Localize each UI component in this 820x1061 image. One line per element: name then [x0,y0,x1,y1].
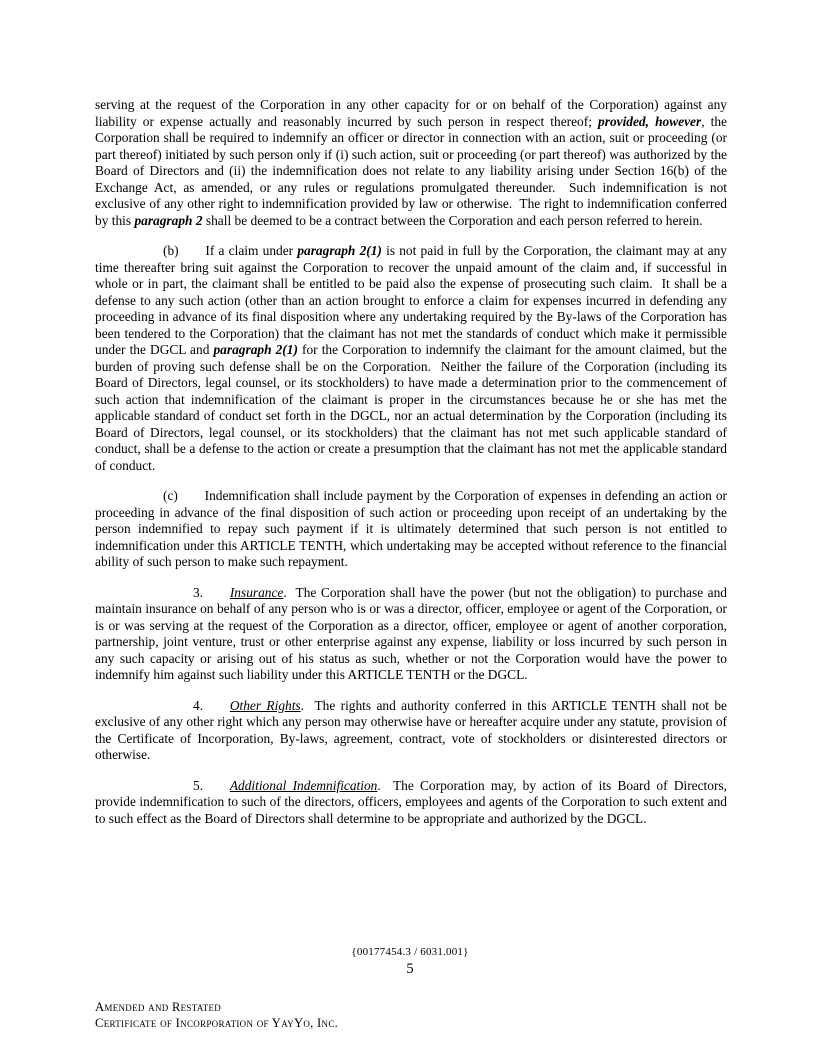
footer-title-line2: Certificate of Incorporation of YayYo, I… [95,1016,338,1032]
section-title-run: Additional Indemnification [230,778,378,793]
text-run: 3. [193,585,230,600]
text-run: . The Corporation may, by action of its … [95,778,727,826]
document-body: serving at the request of the Corporatio… [95,97,727,827]
paragraph: 4. Other Rights. The rights and authorit… [95,698,727,764]
paragraph: 5. Additional Indemnification. The Corpo… [95,778,727,828]
document-id-stamp: {00177454.3 / 6031.001} [0,946,820,959]
emphasis-run: paragraph 2(1) [213,342,297,357]
page-footer-center: {00177454.3 / 6031.001} 5 [0,946,820,978]
text-run: . The Corporation shall have the power (… [95,585,727,683]
paragraph: (b) If a claim under paragraph 2(1) is n… [95,243,727,474]
paragraph: 3. Insurance. The Corporation shall have… [95,585,727,684]
text-run: is not paid in full by the Corporation, … [95,243,727,357]
paragraph: serving at the request of the Corporatio… [95,97,727,229]
document-page: serving at the request of the Corporatio… [0,0,820,1061]
text-run: (b) If a claim under [163,243,297,258]
emphasis-run: paragraph 2(1) [297,243,382,258]
text-run: . The rights and authority conferred in … [95,698,727,763]
text-run: (c) Indemnification shall include paymen… [95,488,727,569]
document-title-footer: Amended and Restated Certificate of Inco… [95,1000,338,1031]
text-run: 4. [193,698,230,713]
page-number: 5 [0,961,820,978]
emphasis-run: paragraph 2 [134,213,202,228]
text-run: shall be deemed to be a contract between… [203,213,703,228]
text-run: for the Corporation to indemnify the cla… [95,342,727,473]
emphasis-run: provided, however [598,114,701,129]
text-run: 5. [193,778,230,793]
section-title-run: Insurance [230,585,284,600]
paragraph: (c) Indemnification shall include paymen… [95,488,727,571]
section-title-run: Other Rights [230,698,301,713]
text-run: , the Corporation shall be required to i… [95,114,727,228]
footer-title-line1: Amended and Restated [95,1000,338,1016]
